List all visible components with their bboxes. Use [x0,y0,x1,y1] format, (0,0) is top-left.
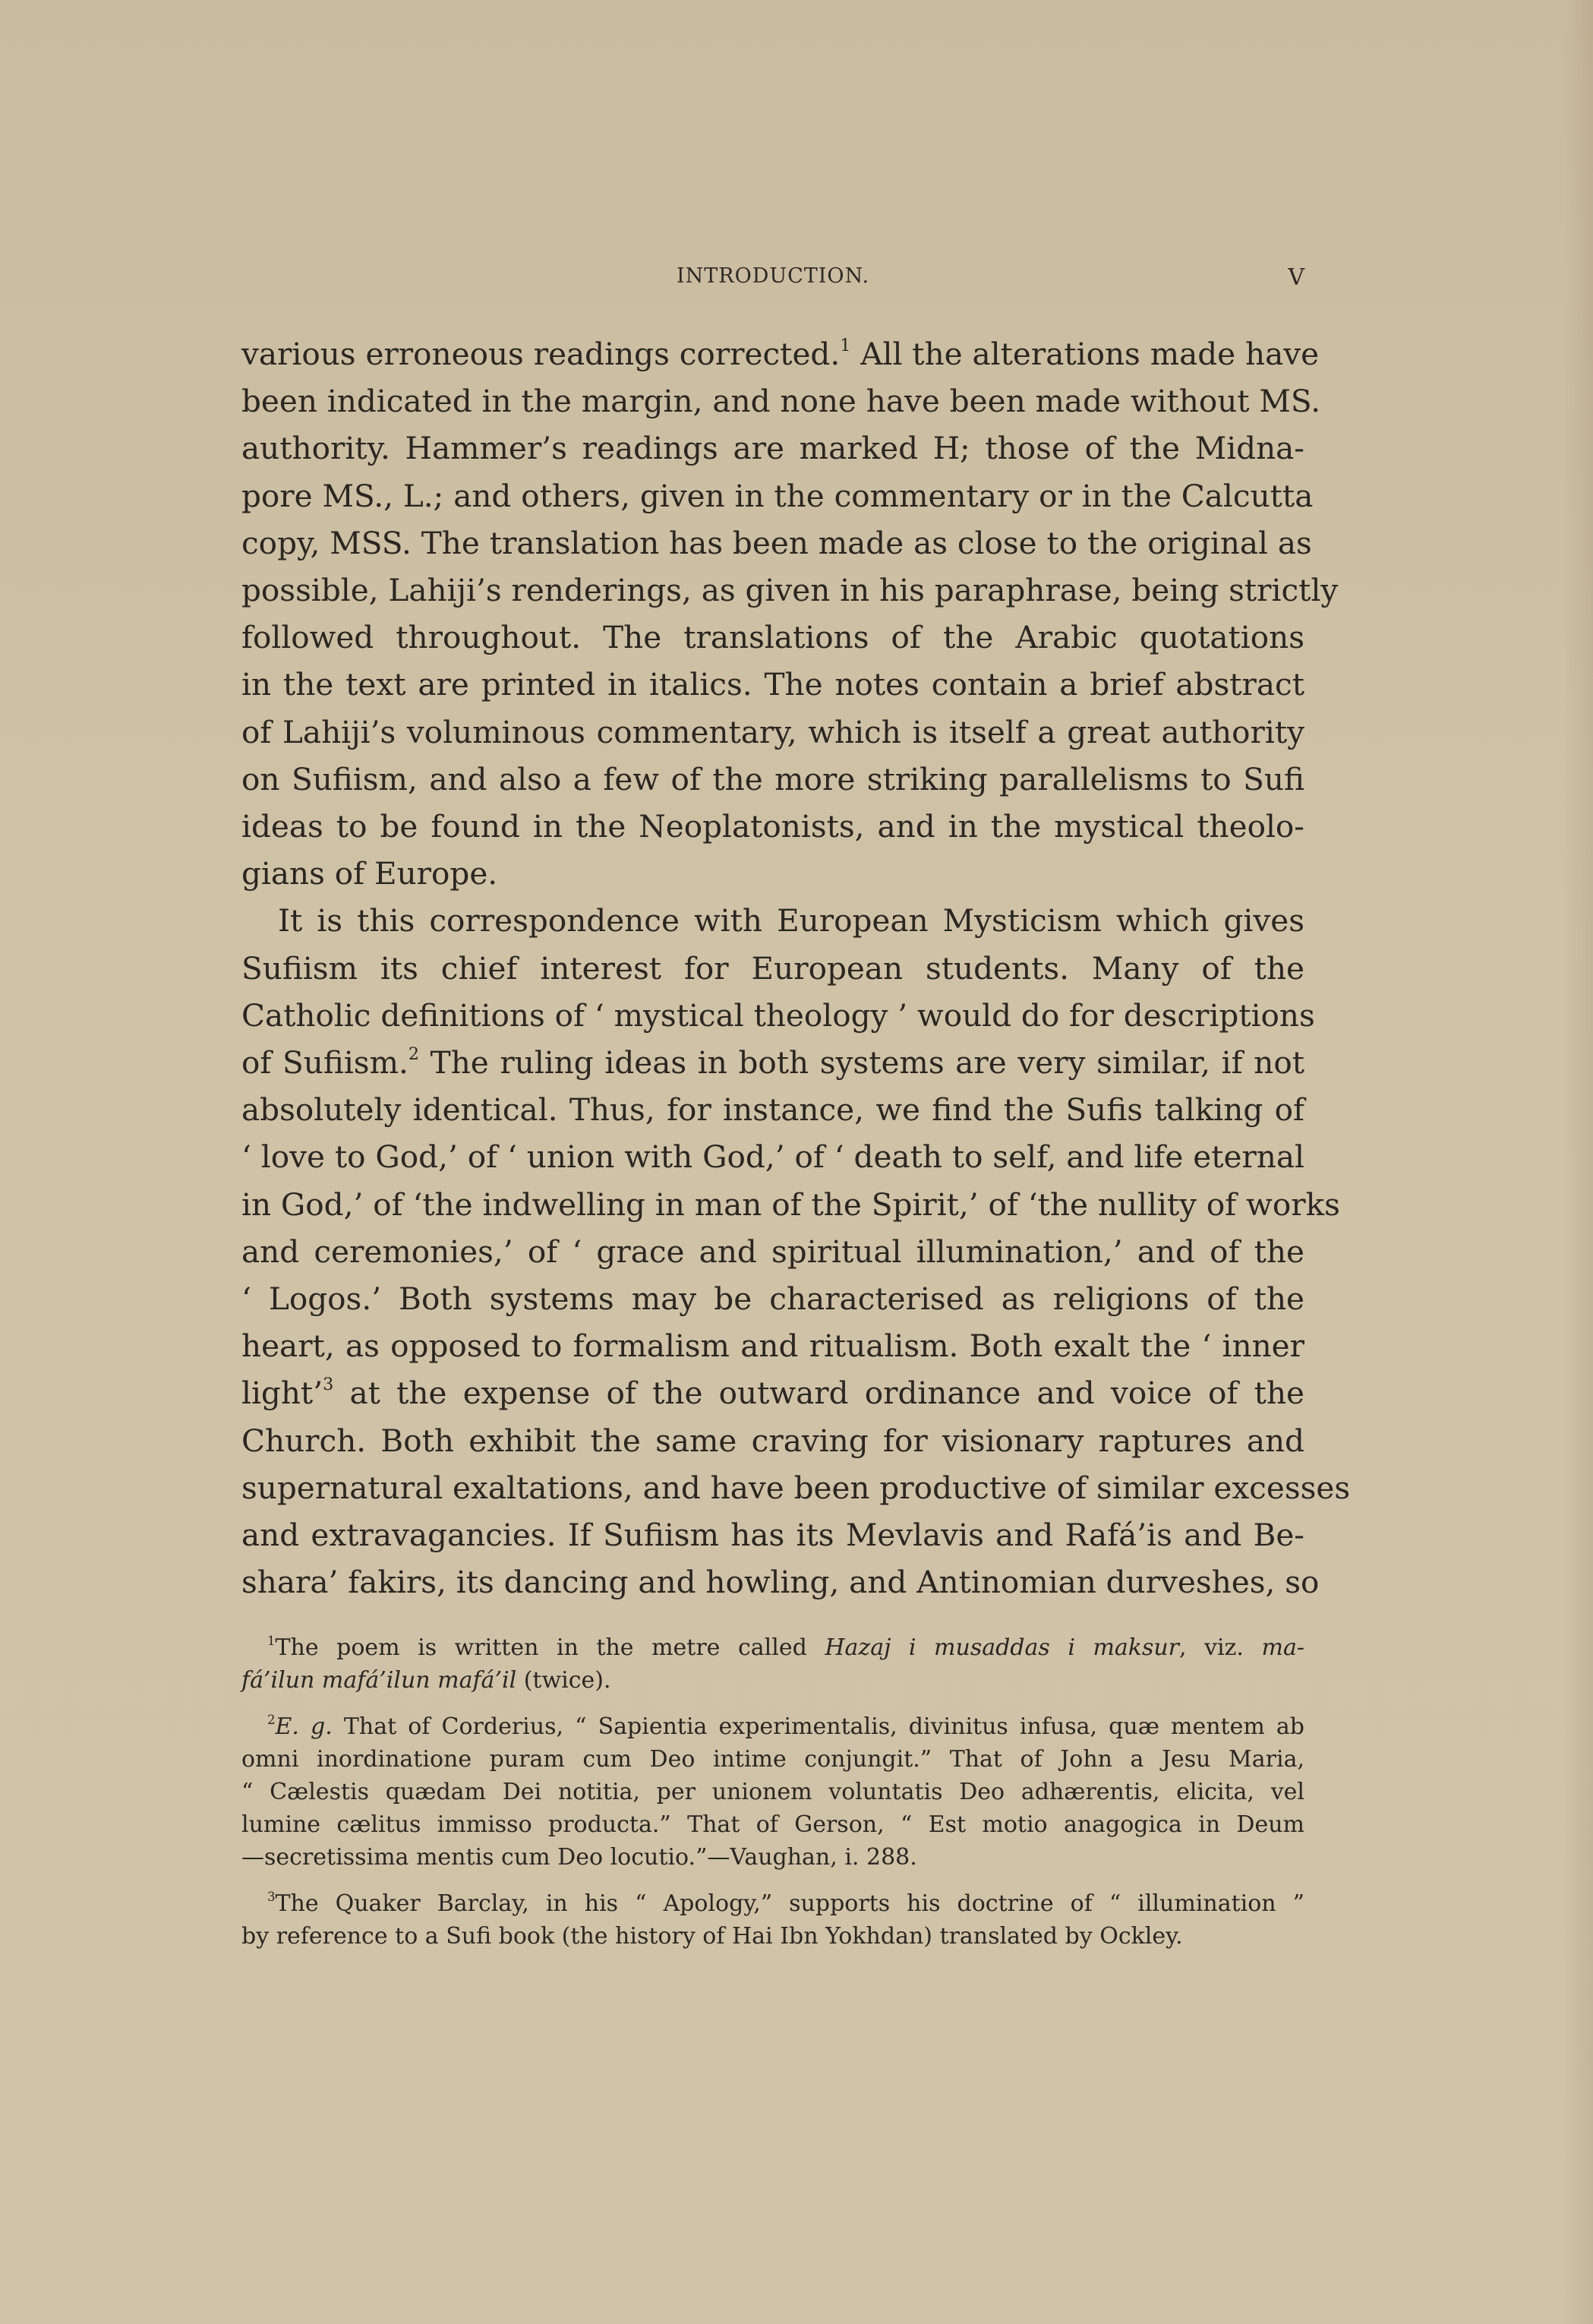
text-line: heart, as opposed to formalism and ritua… [241,1322,1304,1369]
book-page: INTRODUCTION. V various erroneous readin… [0,0,1593,2324]
text-segment: various erroneous readings corrected. [241,336,840,372]
text-line: “ Cælestis quædam Dei notitia, per union… [241,1776,1304,1808]
footnote-1: 1The poem is written in the metre called… [241,1631,1304,1697]
running-title: INTRODUCTION. [241,264,1304,288]
footnote-ref-1[interactable]: 1 [840,336,850,355]
text-line: fá’ilun mafá’ilun mafá’il (twice). [241,1664,1304,1697]
text-line: by reference to a Sufi book (the history… [241,1920,1304,1953]
text-line: and ceremonies,’ of ‘ grace and spiritua… [241,1228,1304,1275]
text-line: —secretissima mentis cum Deo locutio.”—V… [241,1841,1304,1874]
italic-text: Hazaj i musaddas i maksur [825,1634,1179,1661]
text-line: copy, MSS. The translation has been made… [241,519,1304,567]
body-text: various erroneous readings corrected.1 A… [241,330,1304,1606]
text-line: of Sufiism.2 The ruling ideas in both sy… [241,1039,1304,1086]
text-line: on Sufiism, and also a few of the more s… [241,756,1304,803]
paragraph-2: It is this correspondence with European … [241,897,1304,1606]
text-segment: The ruling ideas in both systems are ver… [419,1044,1304,1081]
footnote-2: 2E. g. That of Corderius, “ Sapientia ex… [241,1710,1304,1874]
text-line: ‘ love to God,’ of ‘ union with God,’ of… [241,1133,1304,1180]
running-head: INTRODUCTION. V [241,264,1304,298]
text-segment: light’ [241,1375,323,1411]
text-line: in God,’ of ‘the indwelling in man of th… [241,1181,1304,1228]
text-segment: That of Corderius, “ Sapientia experimen… [333,1713,1304,1740]
footnote-mark: 2 [267,1713,276,1727]
text-line: light’3 at the expense of the outward or… [241,1369,1304,1416]
text-segment: , viz. [1179,1634,1262,1661]
text-line: lumine cælitus immisso producta.” That o… [241,1808,1304,1841]
text-line: Church. Both exhibit the same craving fo… [241,1417,1304,1464]
text-line: possible, Lahiji’s renderings, as given … [241,567,1304,614]
page-edge-shadow [1563,0,1593,2324]
text-line: of Lahiji’s voluminous commentary, which… [241,709,1304,756]
italic-text: ma- [1262,1634,1304,1661]
text-line: ‘ Logos.’ Both systems may be characteri… [241,1275,1304,1322]
footnote-ref-2[interactable]: 2 [409,1044,419,1064]
footnote-mark: 3 [267,1890,276,1904]
text-line: 1The poem is written in the metre called… [241,1631,1304,1664]
paragraph-1: various erroneous readings corrected.1 A… [241,330,1304,897]
text-line: gians of Europe. [241,850,1304,897]
text-line: Catholic definitions of ‘ mystical theol… [241,992,1304,1039]
text-line: followed throughout. The translations of… [241,614,1304,661]
text-line: It is this correspondence with European … [241,897,1304,944]
italic-text: fá’ilun mafá’ilun mafá’il [241,1667,516,1694]
text-segment: at the expense of the outward ordinance … [333,1375,1304,1411]
text-line: various erroneous readings corrected.1 A… [241,330,1304,377]
text-line: pore MS., L.; and others, given in the c… [241,472,1304,519]
footnotes: 1The poem is written in the metre called… [241,1631,1304,1966]
text-line: and extravagancies. If Sufiism has its M… [241,1511,1304,1558]
text-line: ideas to be found in the Neoplatonists, … [241,803,1304,850]
text-line: authority. Hammer’s readings are marked … [241,425,1304,472]
footnote-3: 3The Quaker Barclay, in his “ Apology,” … [241,1887,1304,1953]
text-line: 3The Quaker Barclay, in his “ Apology,” … [241,1887,1304,1920]
text-segment: The poem is written in the metre called [276,1634,825,1661]
text-line: shara’ fakirs, its dancing and howling, … [241,1558,1304,1606]
text-segment: All the alterations made have [850,336,1319,372]
text-segment: of Sufiism. [241,1044,409,1081]
footnote-mark: 1 [267,1634,276,1648]
text-segment: (twice). [516,1667,610,1694]
text-line: absolutely identical. Thus, for instance… [241,1086,1304,1133]
text-segment: The Quaker Barclay, in his “ Apology,” s… [276,1890,1305,1917]
text-line: in the text are printed in italics. The … [241,661,1304,708]
text-line: been indicated in the margin, and none h… [241,377,1304,425]
text-line: Sufiism its chief interest for European … [241,945,1304,992]
text-line: omni inordinatione puram cum Deo intime … [241,1743,1304,1776]
text-line: 2E. g. That of Corderius, “ Sapientia ex… [241,1710,1304,1743]
footnote-ref-3[interactable]: 3 [323,1375,333,1395]
italic-text: E. g. [276,1713,333,1740]
text-line: supernatural exaltations, and have been … [241,1464,1304,1511]
page-number: V [1288,264,1304,291]
